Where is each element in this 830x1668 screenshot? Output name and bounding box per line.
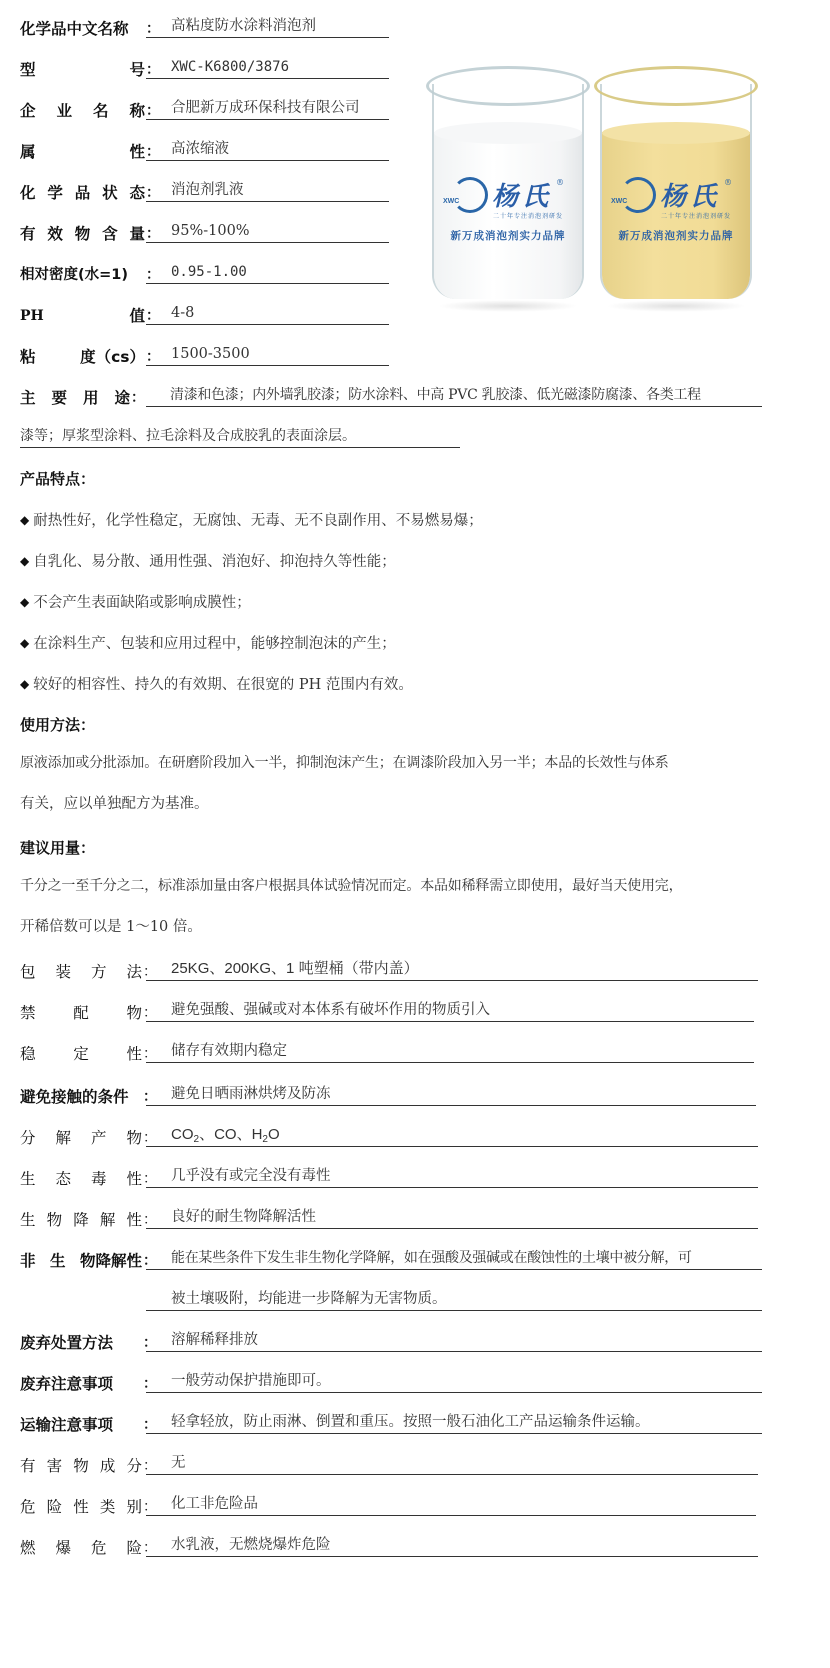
safety-value-incompatible: 避免强酸、强碱或对本体系有破坏作用的物质引入 [146,1000,754,1022]
label-text: 名 [93,100,109,122]
label-text: 非 [20,1250,36,1272]
safety-value-fire-hazard: 水乳液，无燃烧爆炸危险 [146,1535,758,1557]
uses-line-1: 清漆和色漆；内外墙乳胶漆；防水涂料、中高 PVC 乳胶漆、低光磁漆防腐漆、各类工… [146,385,762,407]
feature-text: 耐热性好，化学性稳定，无腐蚀、无毒、无不良副作用、不易燃易爆； [33,513,483,529]
spec-label: 粘度（cs） [20,346,145,368]
label-text: 含 [102,223,118,245]
feature-text: 自乳化、易分散、通用性强、消泡好、抑泡持久等性能； [33,554,396,570]
safety-label: 废弃注意事项 [20,1373,142,1395]
usage-line-2: 有关，应以单独配方为基准。 [20,794,762,814]
beaker-rim [426,66,590,106]
dosage-line-1: 千分之一至千分之二，标准添加量由客户根据具体试验情况而定。本品如稀释需立即使用，… [20,876,762,896]
safety-label: 禁配物 [20,1002,142,1024]
label-text: 分 [20,1127,36,1149]
liquid-surface [602,122,750,144]
safety-row-hazard-class: 危险性类别 ： [20,1492,157,1518]
logo-text: XWC [443,198,459,205]
label-text: 废弃处置方法 [20,1332,113,1354]
label-text: 避免接触的条件 [20,1086,129,1108]
safety-row-avoid: 避免接触的条件 ： [20,1082,157,1108]
label-text: 物 [47,1209,63,1231]
safety-value-hazardous: 无 [146,1453,758,1475]
safety-row-incompatible: 禁配物 ： [20,998,157,1024]
safety-row-stability: 稳定性 ： [20,1039,157,1065]
product-image: XWC 杨氏 ® 二十年专注消泡剂研发 新万成消泡剂实力品牌 XWC 杨氏 ® … [420,58,820,323]
safety-label: 分解产物 [20,1127,142,1149]
label-text: 方 [91,961,107,983]
formula-part: O [268,1126,280,1143]
spec-label: 化学品状态 [20,182,145,204]
label-text: 型 [20,59,36,81]
label-text: 别 [126,1496,142,1518]
brand-subtitle: 二十年专注消泡剂研发 [474,211,582,220]
spec-value-content: 95%-100% [146,221,389,243]
dosage-heading: 建议用量： [20,837,95,858]
label-text: 解 [100,1209,116,1231]
logo-circle-icon: XWC [452,177,488,213]
spec-value-state: 消泡剂乳液 [146,180,389,202]
diamond-bullet-icon: ◆ [20,636,29,650]
safety-row-disposal-notes: 废弃注意事项 ： [20,1369,157,1395]
features-heading: 产品特点： [20,468,95,489]
label-text: 主 [20,387,36,409]
label-text: 物 [126,1127,142,1149]
label-text: 物 [73,1455,89,1477]
safety-row-packaging: 包装方法 ： [20,957,157,983]
brand-logo: XWC 杨氏 ® 二十年专注消泡剂研发 新万成消泡剂实力品牌 [602,176,750,243]
label-text: 产 [91,1127,107,1149]
safety-value-packaging: 25KG、200KG、1 吨塑桶（带内盖） [146,959,758,981]
spec-row-model: 型号 ： [20,55,160,81]
brand-logo: XWC 杨氏 ® 二十年专注消泡剂研发 新万成消泡剂实力品牌 [434,176,582,243]
safety-label: 生物降解性 [20,1209,142,1231]
label-text: 生 [50,1250,66,1272]
label-text: 态 [129,182,145,204]
label-text: 类 [100,1496,116,1518]
spec-label: 化学品中文名称 [20,18,145,40]
label-text: 险 [126,1537,142,1559]
label-text: 险 [47,1496,63,1518]
safety-row-abiotic: 非生物降解性 ： [20,1246,157,1272]
label-text: 分 [126,1455,142,1477]
feature-item: ◆在涂料生产、包装和应用过程中，能够控制泡沫的产生； [20,632,396,653]
safety-row-fire-hazard: 燃爆危险 ： [20,1533,157,1559]
spec-value-name: 高粘度防水涂料消泡剂 [146,16,389,38]
label-text: 害 [47,1455,63,1477]
safety-value-abiotic-2: 被土壤吸附，均能进一步降解为无害物质。 [146,1289,762,1311]
formula-part: CO [171,1126,194,1143]
label-text: 毒 [91,1168,107,1190]
diamond-bullet-icon: ◆ [20,595,29,609]
label-text: 化学品中文名称 [20,18,129,40]
safety-value-disposal-notes: 一般劳动保护措施即可。 [146,1371,762,1393]
spec-label: PH值 [20,305,145,327]
label-text: 解 [55,1127,71,1149]
safety-label: 非生物降解性 [20,1250,142,1272]
usage-line-1: 原液添加或分批添加。在研磨阶段加入一半，抑制泡沫产生；在调漆阶段加入另一半；本品… [20,753,762,773]
label-text: 爆 [55,1537,71,1559]
label-text: 禁 [20,1002,36,1024]
label-text: 成 [100,1455,116,1477]
spec-label: 型号 [20,59,145,81]
feature-text: 在涂料生产、包装和应用过程中，能够控制泡沫的产生； [33,636,396,652]
safety-value-biodegradability: 良好的耐生物降解活性 [146,1207,758,1229]
safety-label: 危险性类别 [20,1496,142,1518]
label-text: 有 [20,223,36,245]
usage-heading: 使用方法： [20,714,95,735]
spec-value-property: 高浓缩液 [146,139,389,161]
label-text: 性 [126,1043,142,1065]
safety-value-disposal: 溶解稀释排放 [146,1330,762,1352]
label-text: 装 [55,961,71,983]
uses-row: 主要用途 ： [20,383,145,409]
spec-row-state: 化学品状态 ： [20,178,160,204]
spec-row-viscosity: 粘度（cs） ： [20,342,160,368]
label-text: 有 [20,1455,36,1477]
brand-slogan: 新万成消泡剂实力品牌 [602,228,750,243]
label-text: 危 [20,1496,36,1518]
beaker-shadow [438,300,578,312]
safety-value-ecotoxicity: 几乎没有或完全没有毒性 [146,1166,758,1188]
label-text: 废弃注意事项 [20,1373,113,1395]
spec-label: 有效物含量 [20,223,145,245]
label-text: 生 [20,1209,36,1231]
spec-value-company: 合肥新万成环保科技有限公司 [146,98,389,120]
spec-value-density: 0.95-1.00 [146,262,389,284]
label-text: 包 [20,961,36,983]
label-text: 称 [129,100,145,122]
logo-text: XWC [611,198,627,205]
safety-label: 燃爆危险 [20,1537,142,1559]
label-text: 运输注意事项 [20,1414,113,1436]
label-text: 号 [129,59,145,81]
diamond-bullet-icon: ◆ [20,677,29,691]
registered-icon: ® [556,178,564,187]
label-text: 效 [47,223,63,245]
liquid-surface [434,122,582,144]
label-text: 粘 [20,346,36,368]
safety-label: 包装方法 [20,961,142,983]
label-text: 度（cs） [80,346,145,368]
label-text: 态 [55,1168,71,1190]
label-text: 降 [73,1209,89,1231]
spec-row-name: 化学品中文名称 ： [20,14,160,40]
safety-row-hazardous: 有害物成分 ： [20,1451,157,1477]
label-text: 属 [20,141,36,163]
label-text: 定 [73,1043,89,1065]
safety-row-decomposition: 分解产物 ： [20,1123,157,1149]
brand-subtitle: 二十年专注消泡剂研发 [642,211,750,220]
label-text: 途 [114,387,130,409]
spec-label: 属性 [20,141,145,163]
safety-label: 生态毒性 [20,1168,142,1190]
label-text: 燃 [20,1537,36,1559]
beaker-rim [594,66,758,106]
spec-value-model: XWC-K6800/3876 [146,57,389,79]
label-text: 量 [129,223,145,245]
label-text: 性 [126,1168,142,1190]
safety-value-stability: 储存有效期内稳定 [146,1041,754,1063]
label-text: 要 [51,387,67,409]
label-text: 品 [75,182,91,204]
label-text: 物降解性 [80,1250,142,1272]
label-text: 性 [73,1496,89,1518]
colon: ： [131,387,145,409]
brand-name: 杨氏 [660,176,720,213]
label-text: 配 [73,1002,89,1024]
label-text: 业 [56,100,72,122]
registered-icon: ® [724,178,732,187]
label-text: 稳 [20,1043,36,1065]
label-text: 物 [126,1002,142,1024]
label-text: 性 [129,141,145,163]
beaker-glass: XWC 杨氏 ® 二十年专注消泡剂研发 新万成消泡剂实力品牌 [432,84,584,299]
feature-item: ◆较好的相容性、持久的有效期、在很宽的 PH 范围内有效。 [20,673,413,694]
spec-row-density: 相对密度(水=1) ： [20,260,160,286]
label-text: 法 [126,961,142,983]
feature-item: ◆自乳化、易分散、通用性强、消泡好、抑泡持久等性能； [20,550,396,571]
safety-value-hazard-class: 化工非危险品 [146,1494,756,1516]
beaker-shadow [606,300,746,312]
safety-value-avoid: 避免日晒雨淋烘烤及防冻 [146,1084,756,1106]
safety-label: 避免接触的条件 [20,1086,142,1108]
safety-row-transport: 运输注意事项 ： [20,1410,157,1436]
dosage-line-2: 开稀倍数可以是 1～10 倍。 [20,917,762,937]
spec-row-company: 企业名称 ： [20,96,160,122]
diamond-bullet-icon: ◆ [20,554,29,568]
brand-slogan: 新万成消泡剂实力品牌 [434,228,582,243]
spec-row-ph: PH值 ： [20,301,160,327]
label-text: PH [20,305,44,327]
safety-label: 废弃处置方法 [20,1332,142,1354]
spec-row-property: 属性 ： [20,137,160,163]
label-text: 企 [20,100,36,122]
uses-label: 主要用途 [20,387,130,409]
label-text: 物 [75,223,91,245]
logo-circle-icon: XWC [620,177,656,213]
brand-name: 杨氏 [492,176,552,213]
label-text: 值 [129,305,145,327]
label-text: 学 [47,182,63,204]
spec-value-viscosity: 1500-3500 [146,344,389,366]
safety-row-biodegradability: 生物降解性 ： [20,1205,157,1231]
spec-label: 相对密度(水=1) [20,264,145,286]
spec-value-ph: 4-8 [146,303,389,325]
safety-value-abiotic-1: 能在某些条件下发生非生物化学降解，如在强酸及强碱或在酸蚀性的土壤中被分解，可 [146,1248,762,1270]
safety-value-decomposition: CO2、CO、H2O [146,1125,758,1147]
label-text: 危 [91,1537,107,1559]
spec-row-content: 有效物含量 ： [20,219,160,245]
formula-part: 、CO、H [199,1126,262,1143]
safety-value-transport: 轻拿轻放，防止雨淋、倒置和重压。按照一般石油化工产品运输条件运输。 [146,1412,762,1434]
label-text: 性 [126,1209,142,1231]
uses-line-2: 漆等；厚浆型涂料、拉毛涂料及合成胶乳的表面涂层。 [20,426,460,448]
safety-label: 稳定性 [20,1043,142,1065]
label-text: 用 [83,387,99,409]
label-text: 状 [102,182,118,204]
label-text: 化 [20,182,36,204]
feature-text: 不会产生表面缺陷或影响成膜性； [33,595,251,611]
diamond-bullet-icon: ◆ [20,513,29,527]
feature-item: ◆耐热性好，化学性稳定，无腐蚀、无毒、无不良副作用、不易燃易爆； [20,509,483,530]
safety-label: 运输注意事项 [20,1414,142,1436]
safety-row-ecotoxicity: 生态毒性 ： [20,1164,157,1190]
safety-label: 有害物成分 [20,1455,142,1477]
safety-row-disposal: 废弃处置方法 ： [20,1328,157,1354]
beaker-yellow: XWC 杨氏 ® 二十年专注消泡剂研发 新万成消泡剂实力品牌 [596,66,756,306]
beaker-white: XWC 杨氏 ® 二十年专注消泡剂研发 新万成消泡剂实力品牌 [428,66,588,306]
spec-label: 企业名称 [20,100,145,122]
label-text: 相对密度(水=1) [20,264,128,286]
beaker-glass: XWC 杨氏 ® 二十年专注消泡剂研发 新万成消泡剂实力品牌 [600,84,752,299]
feature-text: 较好的相容性、持久的有效期、在很宽的 PH 范围内有效。 [33,677,413,693]
feature-item: ◆不会产生表面缺陷或影响成膜性； [20,591,251,612]
label-text: 生 [20,1168,36,1190]
